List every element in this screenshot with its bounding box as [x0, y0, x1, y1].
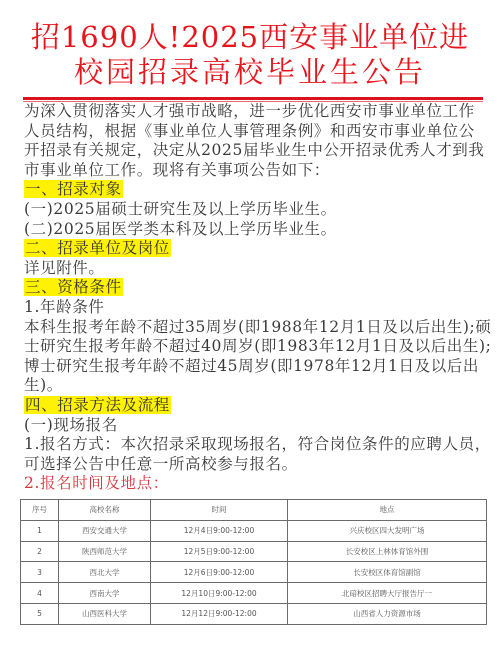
section-4: 四、招录方法及流程 — [24, 396, 484, 416]
cell-index: 3 — [21, 562, 59, 583]
section-heading-qualifications: 三、资格条件 — [24, 278, 123, 296]
page-title-line-2: 校园招录高校毕业生公告 — [0, 55, 500, 89]
header-time: 时间 — [151, 500, 288, 521]
cell-location: 兴庆校区四大发明广场 — [288, 520, 487, 541]
intro-line: 为深入贯彻落实人才强市战略，进一步优化西安市事业单位工作 — [24, 102, 484, 122]
section-1: 一、招录对象 — [24, 180, 484, 200]
target-item: (二)2025届医学类本科及以上学历毕业生。 — [24, 220, 484, 240]
page-title-line-1: 招1690人!2025西安事业单位进 — [0, 20, 500, 54]
table-row: 1 西安交通大学 12月4日9:00-12:00 兴庆校区四大发明广场 — [21, 520, 487, 541]
section-3: 三、资格条件 — [24, 278, 484, 298]
target-item: (一)2025届硕士研究生及以上学历毕业生。 — [24, 200, 484, 220]
table-header-row: 序号 高校名称 时间 地点 — [21, 500, 487, 521]
cell-university: 西北大学 — [59, 562, 151, 583]
cell-time: 12月10日9:00-12:00 — [151, 583, 288, 604]
header-university: 高校名称 — [59, 500, 151, 521]
cell-university: 陕西师范大学 — [59, 541, 151, 562]
table-row: 5 山西医科大学 12月12日9:00-12:00 山西省人力资源市场 — [21, 603, 487, 624]
age-condition-subheading: 1.年龄条件 — [24, 298, 484, 318]
announcement-body: 为深入贯彻落实人才强市战略，进一步优化西安市事业单位工作 人员结构，根据《事业单… — [24, 102, 484, 494]
section-heading-units-positions: 二、招录单位及岗位 — [24, 239, 171, 257]
cell-time: 12月4日9:00-12:00 — [151, 520, 288, 541]
registration-method-line: 1.报名方式：本次招录采取现场报名，符合岗位条件的应聘人员， — [24, 435, 484, 455]
title-divider-thick — [23, 97, 483, 100]
registration-method-line: 可选择公告中任意一所高校参与报名。 — [24, 455, 484, 475]
table-row: 4 西南大学 12月10日9:00-12:00 北碚校区招聘大厅报告厅一 — [21, 583, 487, 604]
registration-time-place-heading: 2.报名时间及地点： — [24, 474, 484, 494]
cell-time: 12月6日9:00-12:00 — [151, 562, 288, 583]
onsite-registration-subheading: (一)现场报名 — [24, 416, 484, 436]
header-index: 序号 — [21, 500, 59, 521]
cell-university: 西安交通大学 — [59, 520, 151, 541]
cell-location: 山西省人力资源市场 — [288, 603, 487, 624]
age-condition-line: 博士研究生报考年龄不超过45周岁(即1978年12月1日及以后出 — [24, 357, 484, 377]
age-condition-line: 士研究生报考年龄不超过40周岁(即1983年12月1日及以后出生); — [24, 337, 484, 357]
cell-index: 2 — [21, 541, 59, 562]
age-condition-line: 本科生报考年龄不超过35周岁(即1988年12月1日及以后出生);硕 — [24, 318, 484, 338]
registration-schedule-table: 序号 高校名称 时间 地点 1 西安交通大学 12月4日9:00-12:00 兴… — [20, 499, 486, 625]
cell-university: 西南大学 — [59, 583, 151, 604]
cell-location: 长安校区上林体育馆外围 — [288, 541, 487, 562]
section-2: 二、招录单位及岗位 — [24, 239, 484, 259]
section-heading-recruitment-targets: 一、招录对象 — [24, 180, 123, 198]
cell-time: 12月5日9:00-12:00 — [151, 541, 288, 562]
see-attachment-text: 详见附件。 — [24, 259, 484, 279]
intro-line: 人员结构，根据《事业单位人事管理条例》和西安市事业单位公 — [24, 122, 484, 142]
table-row: 2 陕西师范大学 12月5日9:00-12:00 长安校区上林体育馆外围 — [21, 541, 487, 562]
cell-location: 北碚校区招聘大厅报告厅一 — [288, 583, 487, 604]
intro-line: 开招录有关规定，决定从2025届毕业生中公开招录优秀人才到我 — [24, 141, 484, 161]
section-heading-methods-process: 四、招录方法及流程 — [24, 396, 171, 414]
age-condition-line: 生)。 — [24, 376, 484, 396]
cell-time: 12月12日9:00-12:00 — [151, 603, 288, 624]
table-row: 3 西北大学 12月6日9:00-12:00 长安校区体育馆副馆 — [21, 562, 487, 583]
cell-index: 4 — [21, 583, 59, 604]
cell-university: 山西医科大学 — [59, 603, 151, 624]
intro-line: 市事业单位工作。现将有关事项公告如下： — [24, 161, 484, 181]
cell-index: 5 — [21, 603, 59, 624]
cell-index: 1 — [21, 520, 59, 541]
cell-location: 长安校区体育馆副馆 — [288, 562, 487, 583]
header-location: 地点 — [288, 500, 487, 521]
